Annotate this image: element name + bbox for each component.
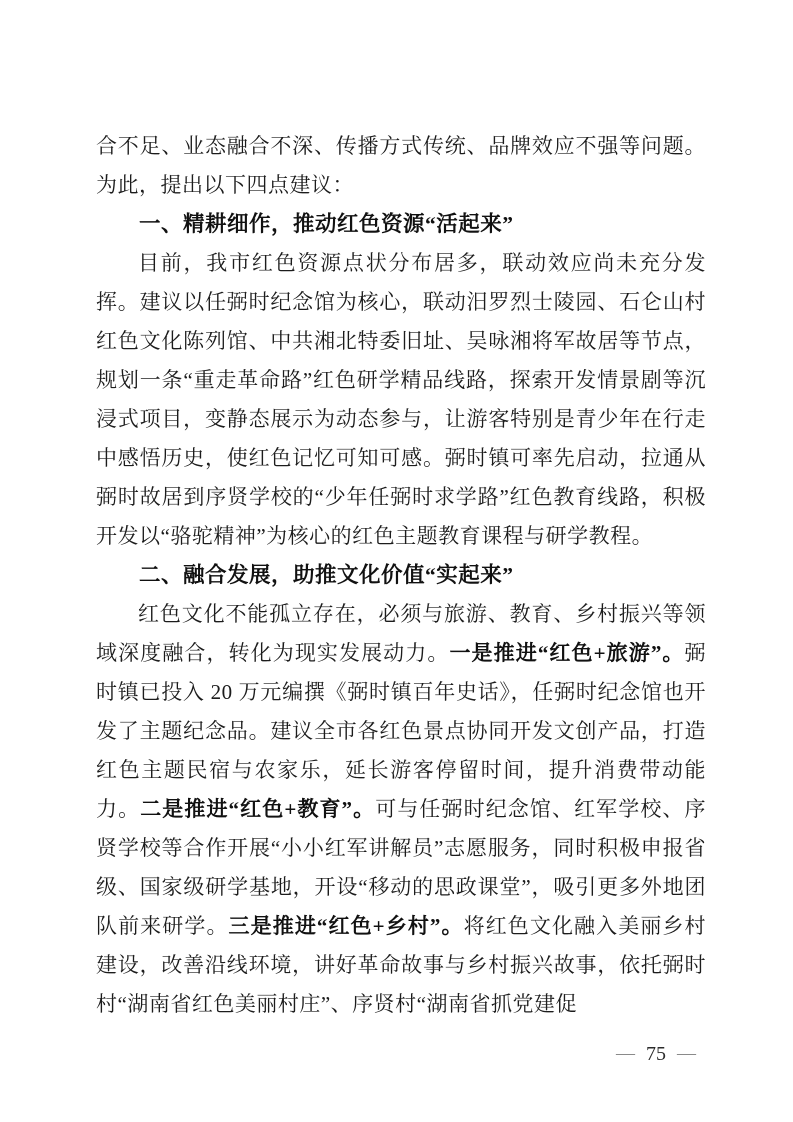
page-number: 75 xyxy=(646,1042,666,1066)
section-heading: 一、精耕细作，推动红色资源“活起来” xyxy=(96,205,706,244)
emphasis-text: 一、精耕细作，推动红色资源“活起来” xyxy=(139,212,514,236)
document-body: 合不足、业态融合不深、传播方式传统、品牌效应不强等问题。为此，提出以下四点建议：… xyxy=(96,127,706,1024)
emphasis-text: 三是推进“红色+乡村”。 xyxy=(229,914,464,938)
emphasis-text: 二、融合发展，助推文化价值“实起来” xyxy=(139,563,514,587)
footer-dash-right: — xyxy=(677,1042,696,1066)
body-text: 目前，我市红色资源点状分布居多，联动效应尚未充分发挥。建议以任弼时纪念馆为核心，… xyxy=(96,251,706,548)
section-heading: 二、融合发展，助推文化价值“实起来” xyxy=(96,556,706,595)
page-footer: — 75 — xyxy=(616,1042,696,1066)
body-paragraph: 目前，我市红色资源点状分布居多，联动效应尚未充分发挥。建议以任弼时纪念馆为核心，… xyxy=(96,244,706,556)
document-page: 合不足、业态融合不深、传播方式传统、品牌效应不强等问题。为此，提出以下四点建议：… xyxy=(0,0,793,1122)
emphasis-text: 一是推进“红色+旅游”。 xyxy=(449,641,684,665)
body-paragraph: 合不足、业态融合不深、传播方式传统、品牌效应不强等问题。为此，提出以下四点建议： xyxy=(96,127,706,205)
emphasis-text: 二是推进“红色+教育”。 xyxy=(140,797,375,821)
body-text: 弼时镇已投入 20 万元编撰《弼时镇百年史话》，任弼时纪念馆也开发了主题纪念品。… xyxy=(96,641,706,821)
footer-dash-left: — xyxy=(616,1042,635,1066)
body-paragraph: 红色文化不能孤立存在，必须与旅游、教育、乡村振兴等领域深度融合，转化为现实发展动… xyxy=(96,595,706,1024)
body-text: 合不足、业态融合不深、传播方式传统、品牌效应不强等问题。为此，提出以下四点建议： xyxy=(96,134,706,197)
